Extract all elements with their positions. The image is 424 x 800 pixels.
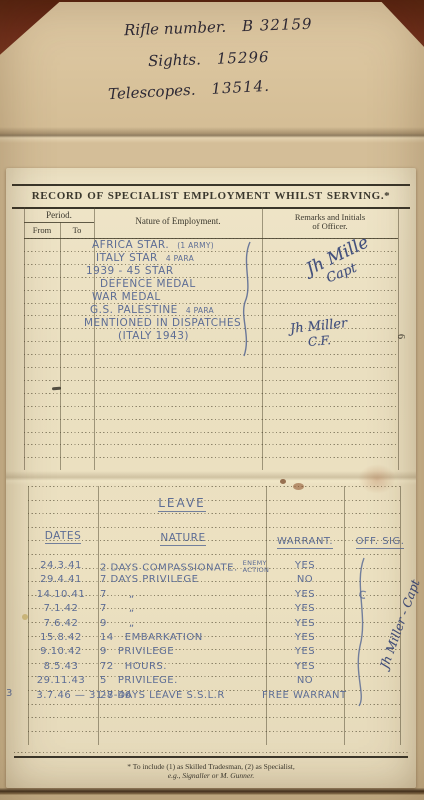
- sights-label: Sights.: [148, 50, 201, 70]
- entry-text: AFRICA STAR.: [92, 239, 169, 251]
- leave-nature-text: 9 „: [100, 618, 135, 629]
- leave-margin-mark: 3: [6, 688, 13, 699]
- leave-date: 7.6.42: [26, 618, 96, 629]
- form-title: RECORD OF SPECIALIST EMPLOYMENT WHILST S…: [6, 190, 416, 202]
- leave-warrant: YES: [268, 661, 342, 672]
- from-to-divider: [60, 222, 61, 470]
- entry-text: ITALY STAR: [96, 252, 158, 264]
- footer-dotted-rule: [14, 752, 408, 753]
- leave-warrant: NO: [268, 675, 342, 686]
- page-bottom-edge: [0, 788, 424, 795]
- telescopes-line: Telescopes. 13514.: [108, 77, 271, 103]
- leave-nature-divider: [266, 486, 267, 745]
- ruled-line: [28, 500, 400, 501]
- leave-nature-text: 28 DAYS LEAVE S.S.L.R: [100, 690, 225, 701]
- nature-header: Nature of Employment.: [94, 216, 262, 226]
- document-scan: Rifle number. B 32159 Sights. 15296 Tele…: [0, 0, 424, 800]
- ruled-line: [24, 432, 398, 433]
- leave-date: 15.8.42: [26, 632, 96, 643]
- leave-nature-text: 9 PRIVILEGE: [100, 646, 174, 657]
- entry-text: 1939 - 45 STAR: [86, 265, 174, 277]
- leave-header-off-sig: OFF. SIG.: [342, 536, 418, 547]
- leave-nature: 9 „: [100, 618, 135, 629]
- leave-warrant: YES: [268, 560, 342, 571]
- ruled-line: [24, 380, 398, 381]
- employment-entry: MENTIONED IN DISPATCHES: [84, 317, 241, 329]
- leave-nature: 9 PRIVILEGE: [100, 646, 174, 657]
- rifle-number-value: B 32159: [242, 15, 313, 35]
- leave-nature: 7 „: [100, 589, 135, 600]
- leave-nature: 7 „: [100, 603, 135, 614]
- record-form-page: RECORD OF SPECIALIST EMPLOYMENT WHILST S…: [6, 168, 416, 788]
- ruled-line: [28, 554, 400, 555]
- telescopes-label: Telescopes.: [108, 81, 196, 104]
- leave-warrant: FREE WARRANT: [262, 690, 347, 701]
- entry-text: WAR MEDAL: [92, 291, 161, 303]
- leave-nature-text: 14 EMBARKATION: [100, 632, 203, 643]
- remarks-header-line2: of Officer.: [262, 221, 398, 231]
- from-header: From: [24, 225, 60, 235]
- stain-patch: [358, 464, 396, 494]
- employment-entry: DEFENCE MEDAL: [100, 278, 196, 290]
- ruled-line: [28, 717, 400, 718]
- ruled-line: [28, 513, 400, 514]
- ruled-line: [24, 444, 398, 445]
- leave-left-border: [28, 486, 29, 745]
- employment-entry: (ITALY 1943): [118, 330, 189, 342]
- entry-note: 4 PARA: [186, 306, 214, 315]
- entry-text: DEFENCE MEDAL: [100, 278, 196, 290]
- leave-date: 9.10.42: [26, 646, 96, 657]
- leave-warrant-divider: [344, 486, 345, 745]
- leave-nature: 7 DAYS PRIVILEGE: [100, 574, 198, 585]
- leave-title: LEAVE: [98, 496, 266, 510]
- employment-entry: ITALY STAR4 PARA: [96, 252, 194, 264]
- leave-date: 14.10.41: [26, 589, 96, 600]
- ruled-line: [28, 731, 400, 732]
- ruled-line: [24, 457, 398, 458]
- rifle-number-label: Rifle number.: [124, 18, 227, 40]
- leave-header-nature: NATURE: [100, 532, 266, 544]
- period-header: Period.: [24, 210, 94, 220]
- leave-nature: 72 HOURS.: [100, 661, 167, 672]
- leave-header-warrant: WARRANT.: [266, 536, 344, 547]
- leave-nature: 14 EMBARKATION: [100, 632, 203, 643]
- leave-nature-text: 72 HOURS.: [100, 661, 167, 672]
- telescopes-value: 13514.: [211, 77, 270, 98]
- leave-warrant: YES: [268, 589, 342, 600]
- leave-nature: 2 DAYS COMPASSIONATE.ENEMY ACTION: [100, 560, 279, 574]
- ruled-line: [24, 406, 398, 407]
- leave-date: 29.11.43: [26, 675, 96, 686]
- ruled-line: [24, 290, 398, 291]
- employment-entry: AFRICA STAR.(1 ARMY): [92, 239, 214, 251]
- footnote-line2: e.g., Signaller or M. Gunner.: [6, 771, 416, 780]
- leave-warrant: NO: [268, 574, 342, 585]
- entry-note: (1 ARMY): [177, 241, 214, 250]
- page-number: 6: [395, 334, 406, 339]
- officer-signature-lower-initials: C.F.: [307, 333, 331, 349]
- leave-nature-text: 7 DAYS PRIVILEGE: [100, 574, 198, 585]
- leave-warrant: YES: [268, 632, 342, 643]
- leave-date: 8.5.43: [26, 661, 96, 672]
- leave-nature: 28 DAYS LEAVE S.S.L.R: [100, 690, 225, 701]
- paper-fold-crease: [0, 127, 424, 143]
- employment-entry: 1939 - 45 STAR: [86, 265, 174, 277]
- leave-dates-divider: [98, 486, 99, 745]
- leave-date: 7.1.42: [26, 603, 96, 614]
- ruled-line: [28, 527, 400, 528]
- leave-warrant: YES: [268, 646, 342, 657]
- stain-dot: [280, 479, 286, 484]
- top-rule: [12, 184, 410, 186]
- ruled-line: [28, 540, 400, 541]
- ruled-line: [24, 419, 398, 420]
- leave-officer-signature: Jh Miller - Capt: [368, 551, 424, 697]
- title-underline: [12, 207, 410, 209]
- folded-page-flap: Rifle number. B 32159 Sights. 15296 Tele…: [0, 2, 424, 134]
- ruled-line: [24, 341, 398, 342]
- entry-text: (ITALY 1943): [118, 330, 189, 342]
- ruled-line: [28, 486, 400, 487]
- footer-rule: [14, 756, 408, 758]
- ruled-line: [24, 393, 398, 394]
- footnote-line1: * To include (1) as Skilled Tradesman, (…: [6, 762, 416, 771]
- employment-entry: G.S. PALESTINE4 PARA: [90, 304, 214, 316]
- entry-text: MENTIONED IN DISPATCHES: [84, 317, 241, 329]
- medal-group-brace: [238, 240, 256, 360]
- leave-date: 29.4.41: [26, 574, 96, 585]
- leave-warrant: YES: [268, 603, 342, 614]
- leave-nature-text: 2 DAYS COMPASSIONATE.: [100, 563, 238, 574]
- leave-nature-text: 7 „: [100, 589, 135, 600]
- mid-page-crease: [6, 471, 416, 485]
- leave-nature-text: 7 „: [100, 603, 135, 614]
- period-divider-line: [24, 222, 94, 223]
- sights-value: 15296: [217, 48, 270, 68]
- leave-nature: 5 PRIVILEGE.: [100, 675, 178, 686]
- employment-entry: WAR MEDAL: [92, 291, 161, 303]
- entry-note: 4 PARA: [166, 254, 194, 263]
- entry-text: G.S. PALESTINE: [90, 304, 178, 316]
- leave-date: 24.3.41: [26, 560, 96, 571]
- sights-line: Sights. 15296: [148, 48, 270, 70]
- ruled-line: [28, 704, 400, 705]
- leave-nature-text: 5 PRIVILEGE.: [100, 675, 178, 686]
- ruled-line: [24, 367, 398, 368]
- rifle-number-line: Rifle number. B 32159: [124, 15, 313, 40]
- leave-warrant: YES: [268, 618, 342, 629]
- to-header: To: [60, 225, 94, 235]
- ruled-line: [24, 354, 398, 355]
